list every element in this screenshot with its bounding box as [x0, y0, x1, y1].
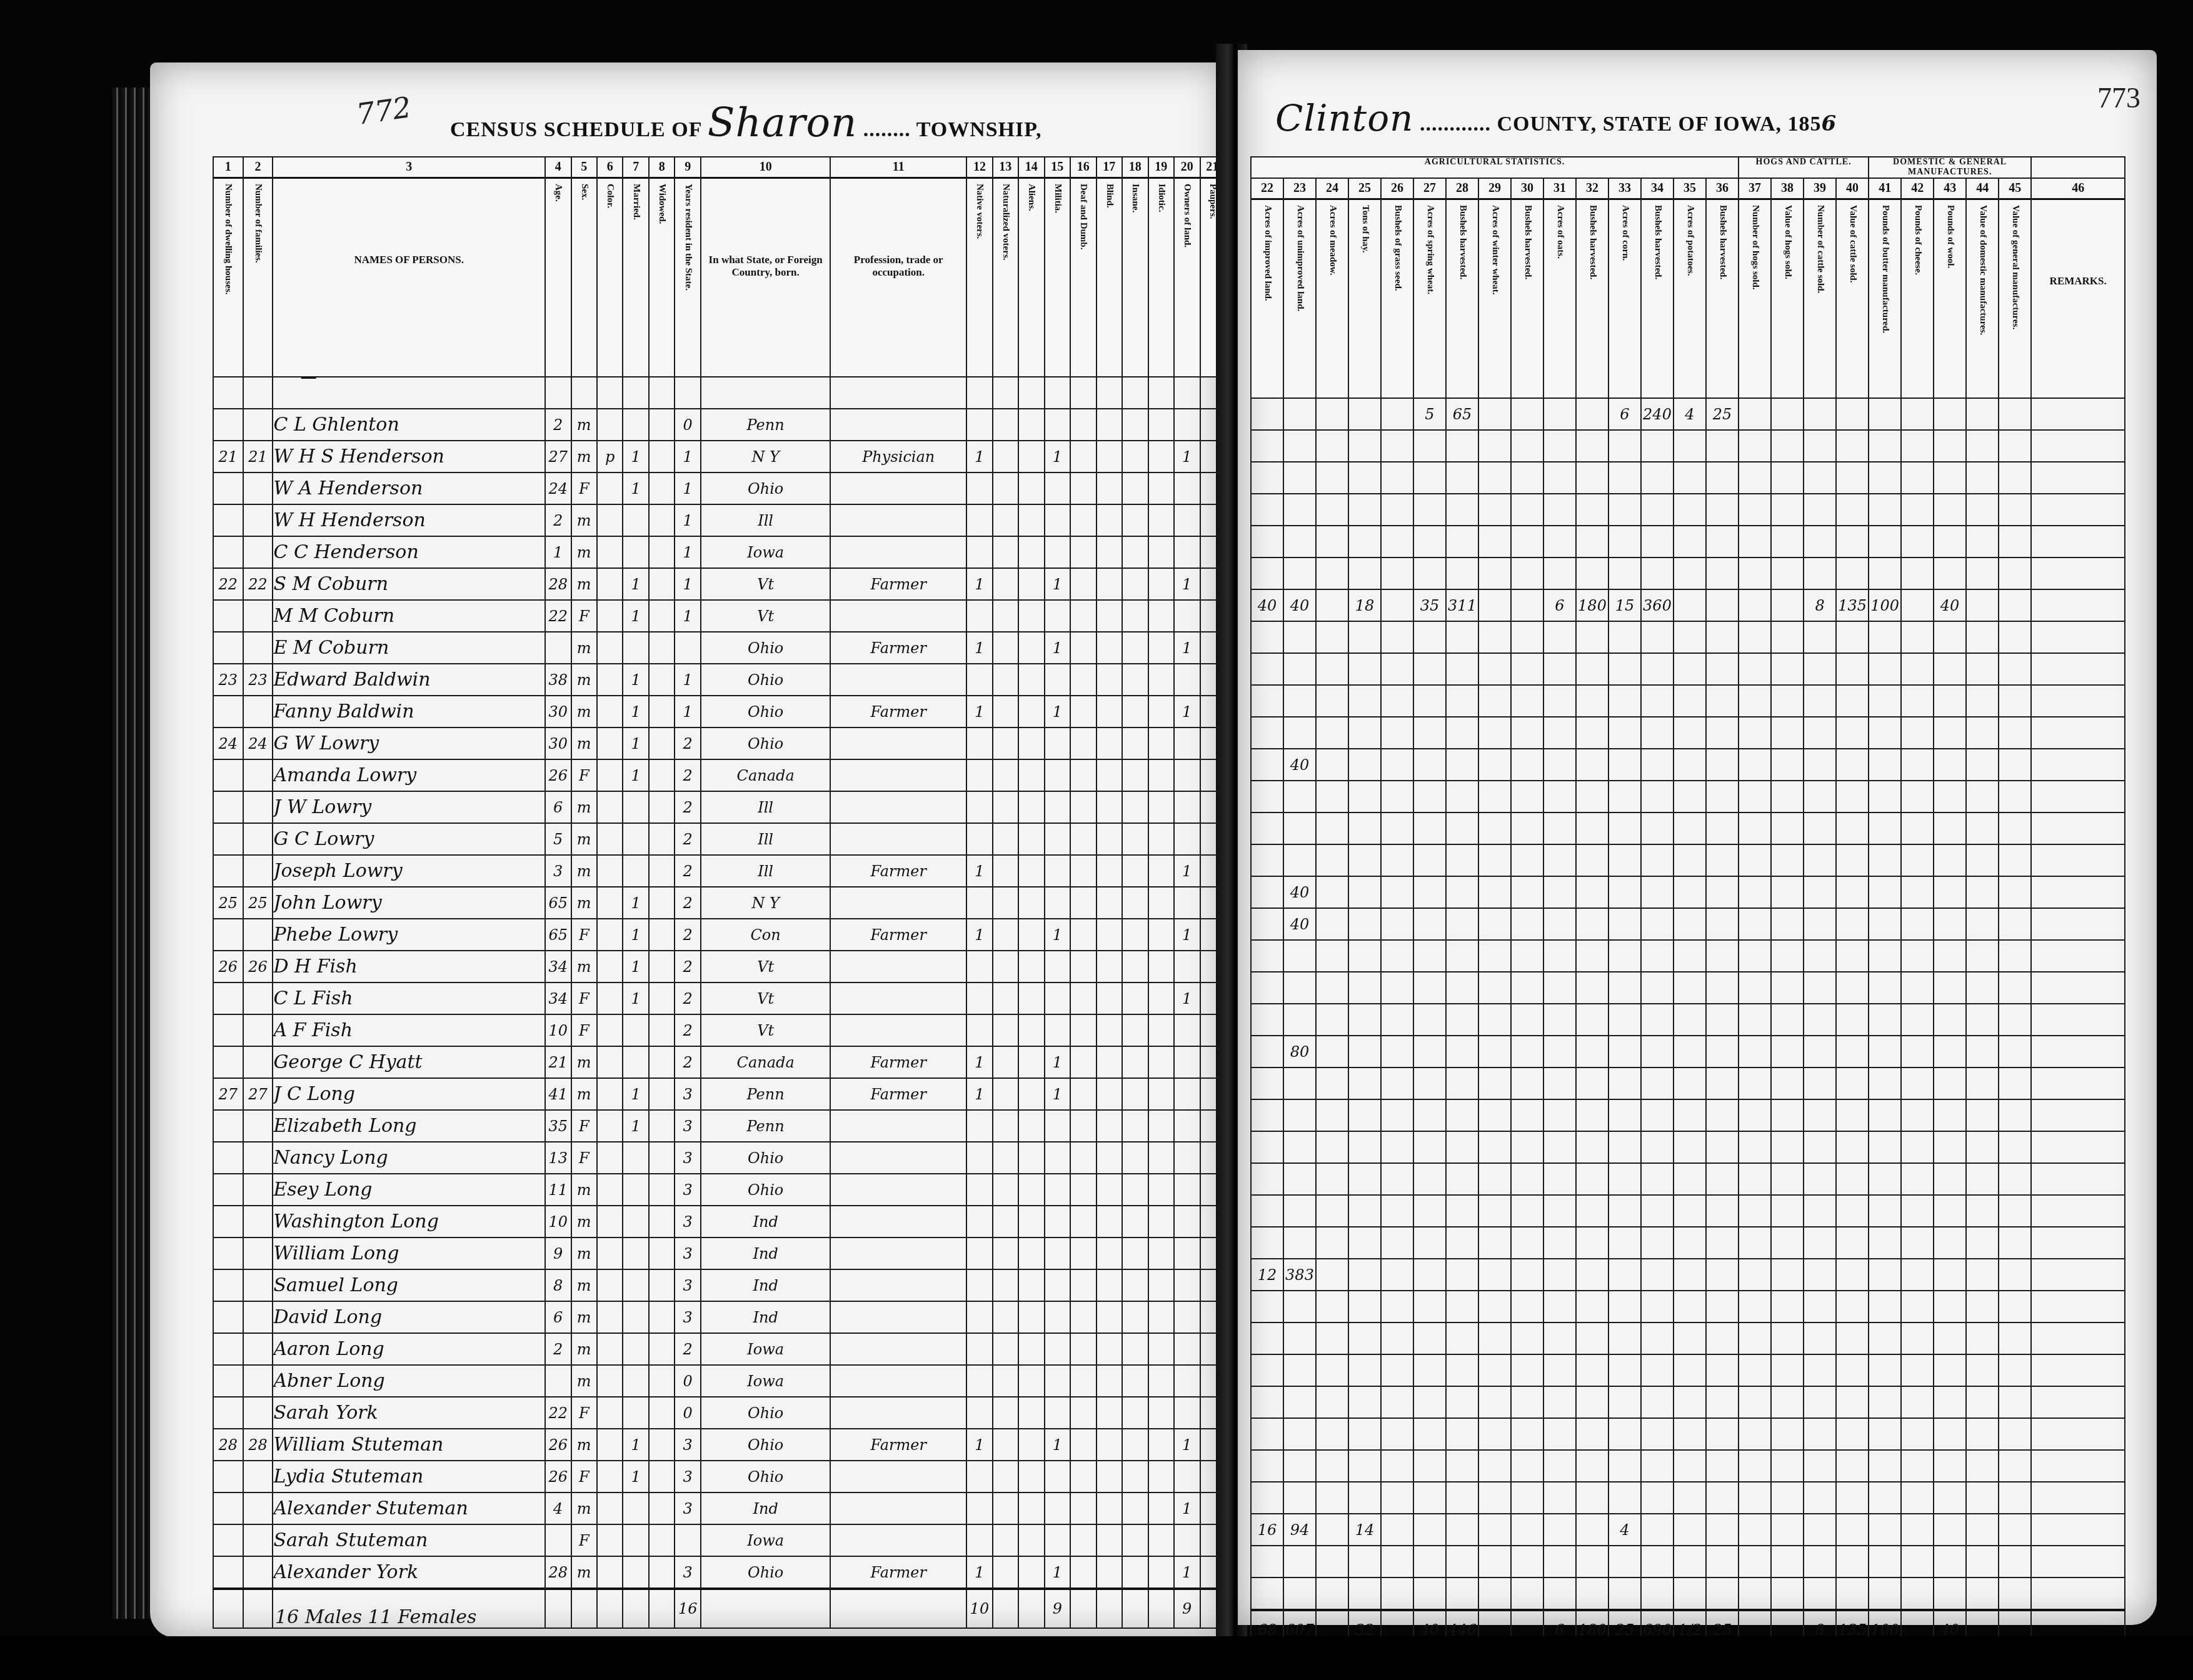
cell-years: 3: [675, 1269, 700, 1301]
column-number: 24: [1317, 179, 1348, 200]
cell-dwelling: 21: [213, 441, 243, 472]
cell-col-41: [1869, 812, 1901, 844]
cell-col-32: [1576, 1354, 1608, 1386]
total-cell: [993, 1589, 1018, 1628]
cell-col-45: [1999, 1227, 2031, 1259]
cell-c15: [1045, 887, 1070, 919]
cell-col-29: [1478, 717, 1511, 749]
cell-sex: F: [571, 1397, 597, 1429]
cell-col-39: [1804, 462, 1836, 494]
cell-c12: 1: [966, 1078, 992, 1110]
cell-col-40: [1836, 1131, 1869, 1163]
cell-sex: F: [571, 919, 597, 951]
cell-dwelling: [213, 377, 243, 409]
cell-col-42: [1901, 653, 1934, 685]
cell-age: 2: [545, 504, 571, 536]
cell-col-33: [1608, 1291, 1641, 1322]
cell-col-29: [1478, 1482, 1511, 1514]
cell-col-25: [1348, 1291, 1381, 1322]
cell-col-44: [1966, 1291, 1999, 1322]
right-col-header-39: 39Number of cattle sold.: [1804, 178, 1836, 398]
cell-col-35: [1674, 781, 1706, 812]
cell-name: Joseph Lowry: [273, 855, 545, 887]
cell-col-30: [1511, 1546, 1543, 1577]
person-row: 2828William Stuteman26m13OhioFarmer111: [213, 1429, 1225, 1461]
cell-col-30: [1511, 494, 1543, 526]
column-label: Pounds of cheese.: [1912, 200, 1923, 397]
cell-col-29: [1478, 844, 1511, 876]
cell-col-38: [1771, 526, 1804, 557]
cell-col-35: [1674, 557, 1706, 589]
cell-c15: [1045, 1142, 1070, 1174]
cell-col-35: [1674, 621, 1706, 653]
cell-col-35: [1674, 908, 1706, 940]
cell-c19: [1148, 759, 1174, 791]
cell-col-22: [1251, 876, 1283, 908]
title-township: TOWNSHIP,: [916, 118, 1042, 141]
cell-c19: [1148, 696, 1174, 727]
cell-c16: [1070, 855, 1096, 887]
cell-col-31: [1543, 972, 1576, 1004]
cell-color: [597, 1524, 623, 1556]
cell-dwelling: [213, 1365, 243, 1397]
cell-col-40: [1836, 1450, 1869, 1482]
farm-row: [1251, 1099, 2125, 1131]
person-row: Abner Longm0Iowa: [213, 1365, 1225, 1397]
cell-c14: [1018, 982, 1044, 1014]
cell-married: [623, 1174, 648, 1206]
cell-name: C L Fish: [273, 982, 545, 1014]
cell-col-37: [1739, 1577, 1771, 1610]
cell-col-34: [1641, 1418, 1674, 1450]
cell-c16: [1070, 1492, 1096, 1524]
cell-col-29: [1478, 1067, 1511, 1099]
cell-color: [597, 664, 623, 696]
cell-born: Vt: [701, 1014, 830, 1046]
cell-born: Ind: [701, 1206, 830, 1237]
right-page-number: 773: [2097, 81, 2140, 114]
cell-col-25: [1348, 1386, 1381, 1418]
cell-c16: [1070, 1237, 1096, 1269]
column-label: Number of dwelling houses.: [223, 179, 233, 376]
cell-col-37: [1739, 557, 1771, 589]
cell-col-46: [2031, 876, 2125, 908]
cell-widowed: [649, 759, 675, 791]
cell-occupation: Farmer: [830, 1078, 966, 1110]
cell-c18: [1122, 664, 1148, 696]
cell-col-46: [2031, 1450, 2125, 1482]
cell-color: [597, 1014, 623, 1046]
cell-col-28: [1446, 908, 1478, 940]
cell-c20: [1174, 472, 1200, 504]
column-number: 44: [1967, 179, 1998, 200]
cell-c16: [1070, 1078, 1096, 1110]
cell-col-22: [1251, 1291, 1283, 1322]
left-col-header-5: 5Sex.: [571, 157, 597, 377]
cell-col-33: [1608, 908, 1641, 940]
cell-col-32: [1576, 557, 1608, 589]
cell-name: Esey Long: [273, 1174, 545, 1206]
column-number: 11: [831, 157, 966, 179]
cell-col-29: [1478, 1036, 1511, 1067]
cell-col-27: [1413, 526, 1446, 557]
cell-col-39: [1804, 1577, 1836, 1610]
township-name: Sharon: [708, 100, 858, 146]
cell-col-43: [1934, 462, 1966, 494]
cell-c12: [966, 536, 992, 568]
cell-dwelling: [213, 1397, 243, 1429]
cell-name: M M Coburn: [273, 600, 545, 632]
cell-col-34: [1641, 1450, 1674, 1482]
cell-c17: [1096, 1492, 1122, 1524]
cell-col-31: [1543, 749, 1576, 781]
cell-col-44: [1966, 1482, 1999, 1514]
column-label: Value of domestic manufactures.: [1977, 200, 1988, 397]
person-row: Alexander York28m3OhioFarmer111: [213, 1556, 1225, 1589]
cell-col-31: [1543, 1067, 1576, 1099]
cell-col-25: [1348, 1482, 1381, 1514]
cell-col-27: [1413, 557, 1446, 589]
cell-col-36: [1706, 621, 1739, 653]
cell-col-31: [1543, 1163, 1576, 1195]
group-hogs-cattle: HOGS AND CATTLE.: [1739, 157, 1869, 178]
cell-c16: [1070, 919, 1096, 951]
total-cell: 16: [675, 1589, 700, 1628]
cell-family: [243, 982, 273, 1014]
column-number: 4: [546, 157, 570, 179]
cell-years: [675, 1524, 700, 1556]
cell-dwelling: [213, 759, 243, 791]
cell-c14: [1018, 632, 1044, 664]
cell-col-22: [1251, 1354, 1283, 1386]
cell-col-32: [1576, 1418, 1608, 1450]
cell-c19: [1148, 409, 1174, 441]
cell-col-32: [1576, 876, 1608, 908]
cell-col-28: [1446, 876, 1478, 908]
cell-years: 1: [675, 536, 700, 568]
cell-married: [623, 1269, 648, 1301]
cell-col-26: [1381, 1546, 1413, 1577]
cell-col-23: 40: [1283, 876, 1316, 908]
cell-c14: [1018, 696, 1044, 727]
cell-c18: [1122, 600, 1148, 632]
cell-col-26: [1381, 1418, 1413, 1450]
cell-col-36: [1706, 1163, 1739, 1195]
cell-col-25: [1348, 1036, 1381, 1067]
column-number: 31: [1544, 179, 1575, 200]
cell-col-46: [2031, 1036, 2125, 1067]
cell-col-43: [1934, 621, 1966, 653]
cell-sex: m: [571, 1429, 597, 1461]
cell-col-35: [1674, 653, 1706, 685]
cell-col-38: [1771, 462, 1804, 494]
cell-col-41: [1869, 1163, 1901, 1195]
cell-col-37: [1739, 462, 1771, 494]
cell-col-26: [1381, 621, 1413, 653]
cell-col-25: 14: [1348, 1514, 1381, 1546]
cell-born: Ohio: [701, 727, 830, 759]
person-row: W A Henderson24F11Ohio: [213, 472, 1225, 504]
right-col-header-43: 43Pounds of wool.: [1934, 178, 1966, 398]
cell-col-22: [1251, 557, 1283, 589]
cell-family: [243, 1461, 273, 1492]
cell-c17: [1096, 1524, 1122, 1556]
cell-col-37: [1739, 940, 1771, 972]
cell-widowed: [649, 727, 675, 759]
cell-col-38: [1771, 1099, 1804, 1131]
cell-col-43: [1934, 1418, 1966, 1450]
cell-c17: [1096, 1046, 1122, 1078]
cell-col-24: [1316, 812, 1348, 844]
cell-col-32: [1576, 1514, 1608, 1546]
cell-years: 2: [675, 1333, 700, 1365]
cell-color: [597, 1237, 623, 1269]
cell-c13: [993, 823, 1018, 855]
cell-col-46: [2031, 1067, 2125, 1099]
cell-col-34: [1641, 908, 1674, 940]
cell-c17: [1096, 1301, 1122, 1333]
cell-col-23: [1283, 1354, 1316, 1386]
cell-col-23: [1283, 1322, 1316, 1354]
group-agricultural: AGRICULTURAL STATISTICS.: [1251, 157, 1739, 178]
cell-age: 27: [545, 441, 571, 472]
cell-col-40: [1836, 1004, 1869, 1036]
cell-col-32: [1576, 1450, 1608, 1482]
cell-col-36: [1706, 462, 1739, 494]
cell-dwelling: [213, 1110, 243, 1142]
cell-col-35: [1674, 1482, 1706, 1514]
column-label: Acres of oats.: [1555, 200, 1565, 397]
total-cell: [1070, 1589, 1096, 1628]
cell-col-38: [1771, 876, 1804, 908]
cell-years: 3: [675, 1492, 700, 1524]
cell-col-33: [1608, 1482, 1641, 1514]
cell-col-28: [1446, 1004, 1478, 1036]
cell-family: 23: [243, 664, 273, 696]
left-col-header-13: 13Naturalized voters.: [993, 157, 1018, 377]
cell-widowed: [649, 1301, 675, 1333]
cell-col-33: [1608, 653, 1641, 685]
cell-col-37: [1739, 494, 1771, 526]
cell-color: [597, 1397, 623, 1429]
cell-c17: [1096, 472, 1122, 504]
total-cell: 10: [966, 1589, 992, 1628]
cell-col-29: [1478, 557, 1511, 589]
farm-row: [1251, 844, 2125, 876]
farm-row: 80: [1251, 1036, 2125, 1067]
cell-col-29: [1478, 1195, 1511, 1227]
cell-col-41: [1869, 749, 1901, 781]
cell-col-43: [1934, 1067, 1966, 1099]
cell-c20: 1: [1174, 441, 1200, 472]
column-number: 27: [1414, 179, 1445, 200]
cell-col-37: [1739, 1036, 1771, 1067]
cell-col-25: [1348, 717, 1381, 749]
left-col-header-3: 3NAMES OF PERSONS.: [273, 157, 545, 377]
column-number: 25: [1349, 179, 1380, 200]
cell-col-40: [1836, 1067, 1869, 1099]
cell-c15: [1045, 600, 1070, 632]
cell-color: [597, 1269, 623, 1301]
cell-born: [701, 377, 830, 409]
person-row: Sarah StutemanFIowa: [213, 1524, 1225, 1556]
cell-widowed: [649, 1046, 675, 1078]
cell-dwelling: [213, 632, 243, 664]
cell-widowed: [649, 951, 675, 982]
cell-col-43: [1934, 749, 1966, 781]
cell-col-29: [1478, 1450, 1511, 1482]
cell-col-35: [1674, 1195, 1706, 1227]
cell-col-44: [1966, 908, 1999, 940]
cell-col-46: [2031, 717, 2125, 749]
cell-col-45: [1999, 972, 2031, 1004]
cell-col-31: [1543, 876, 1576, 908]
cell-col-38: [1771, 812, 1804, 844]
cell-col-44: [1966, 1259, 1999, 1291]
cell-col-38: [1771, 1322, 1804, 1354]
cell-col-28: [1446, 494, 1478, 526]
cell-sex: F: [571, 759, 597, 791]
cell-c19: [1148, 472, 1174, 504]
cell-c16: [1070, 1174, 1096, 1206]
cell-col-42: [1901, 908, 1934, 940]
cell-c12: [966, 1206, 992, 1237]
county-title: Clinton ............ COUNTY, STATE OF IO…: [1275, 97, 1837, 139]
cell-col-40: [1836, 1195, 1869, 1227]
cell-col-23: [1283, 462, 1316, 494]
cell-sex: F: [571, 1524, 597, 1556]
column-number: 20: [1175, 157, 1199, 179]
column-label: Owners of land.: [1182, 179, 1192, 376]
cell-dwelling: [213, 1524, 243, 1556]
cell-col-33: [1608, 749, 1641, 781]
cell-col-26: [1381, 1577, 1413, 1610]
cell-col-31: [1543, 781, 1576, 812]
cell-c12: 1: [966, 855, 992, 887]
right-col-header-28: 28Bushels harvested.: [1446, 178, 1478, 398]
cell-col-42: [1901, 1354, 1934, 1386]
cell-col-35: [1674, 1322, 1706, 1354]
cell-occupation: [830, 1269, 966, 1301]
right-col-header-27: 27Acres of spring wheat.: [1413, 178, 1446, 398]
cell-c18: [1122, 1301, 1148, 1333]
cell-occupation: [830, 472, 966, 504]
cell-c20: [1174, 536, 1200, 568]
cell-col-45: [1999, 1482, 2031, 1514]
cell-c16: [1070, 504, 1096, 536]
cell-c19: [1148, 600, 1174, 632]
cell-name: C C Henderson: [273, 536, 545, 568]
cell-col-36: [1706, 812, 1739, 844]
cell-c12: [966, 759, 992, 791]
cell-dwelling: 26: [213, 951, 243, 982]
cell-c18: [1122, 823, 1148, 855]
cell-col-45: [1999, 685, 2031, 717]
cell-years: 3: [675, 1237, 700, 1269]
cell-c15: [1045, 982, 1070, 1014]
cell-col-32: [1576, 844, 1608, 876]
cell-col-32: [1576, 781, 1608, 812]
cell-col-34: [1641, 557, 1674, 589]
cell-col-32: [1576, 430, 1608, 462]
cell-col-34: [1641, 749, 1674, 781]
cell-married: [623, 1556, 648, 1589]
column-label: Value of hogs sold.: [1782, 200, 1793, 397]
cell-col-22: [1251, 653, 1283, 685]
cell-born: Penn: [701, 409, 830, 441]
cell-col-27: [1413, 462, 1446, 494]
cell-col-46: [2031, 1386, 2125, 1418]
cell-c13: [993, 1110, 1018, 1142]
cell-c14: [1018, 1333, 1044, 1365]
cell-family: [243, 919, 273, 951]
cell-born: Ill: [701, 504, 830, 536]
cell-col-46: [2031, 1291, 2125, 1322]
cell-age: [545, 1524, 571, 1556]
cell-col-37: [1739, 844, 1771, 876]
cell-age: 65: [545, 919, 571, 951]
cell-c13: [993, 791, 1018, 823]
cell-col-31: [1543, 1577, 1576, 1610]
column-number: 7: [623, 157, 648, 179]
farm-row: 12383: [1251, 1259, 2125, 1291]
cell-col-43: [1934, 494, 1966, 526]
cell-col-23: [1283, 621, 1316, 653]
cell-col-22: [1251, 844, 1283, 876]
cell-c18: [1122, 1014, 1148, 1046]
cell-years: 3: [675, 1429, 700, 1461]
cell-name: G W Lowry: [273, 727, 545, 759]
cell-occupation: Farmer: [830, 696, 966, 727]
cell-c16: [1070, 1333, 1096, 1365]
cell-col-39: [1804, 526, 1836, 557]
cell-c13: [993, 1237, 1018, 1269]
cell-col-36: [1706, 1067, 1739, 1099]
cell-col-42: [1901, 1291, 1934, 1322]
cell-color: [597, 982, 623, 1014]
cell-years: 1: [675, 441, 700, 472]
column-number: 16: [1071, 157, 1095, 179]
cell-col-44: [1966, 749, 1999, 781]
cell-years: 2: [675, 919, 700, 951]
cell-col-42: [1901, 1482, 1934, 1514]
column-label: NAMES OF PERSONS.: [273, 179, 544, 266]
cell-c15: [1045, 1014, 1070, 1046]
cell-family: [243, 696, 273, 727]
cell-col-22: [1251, 940, 1283, 972]
cell-c16: [1070, 1524, 1096, 1556]
cell-c18: [1122, 1142, 1148, 1174]
cell-color: [597, 536, 623, 568]
cell-c12: 1: [966, 441, 992, 472]
cell-c19: [1148, 1174, 1174, 1206]
cell-col-26: [1381, 1322, 1413, 1354]
cell-col-24: [1316, 462, 1348, 494]
cell-c20: [1174, 1110, 1200, 1142]
cell-widowed: [649, 1461, 675, 1492]
cell-col-24: [1316, 1322, 1348, 1354]
cell-born: Ind: [701, 1301, 830, 1333]
farm-row: [1251, 430, 2125, 462]
cell-col-36: [1706, 1577, 1739, 1610]
cell-col-40: [1836, 430, 1869, 462]
cell-col-44: [1966, 781, 1999, 812]
cell-col-22: [1251, 430, 1283, 462]
cell-col-30: [1511, 526, 1543, 557]
cell-c20: [1174, 409, 1200, 441]
cell-married: [623, 791, 648, 823]
cell-c14: [1018, 855, 1044, 887]
